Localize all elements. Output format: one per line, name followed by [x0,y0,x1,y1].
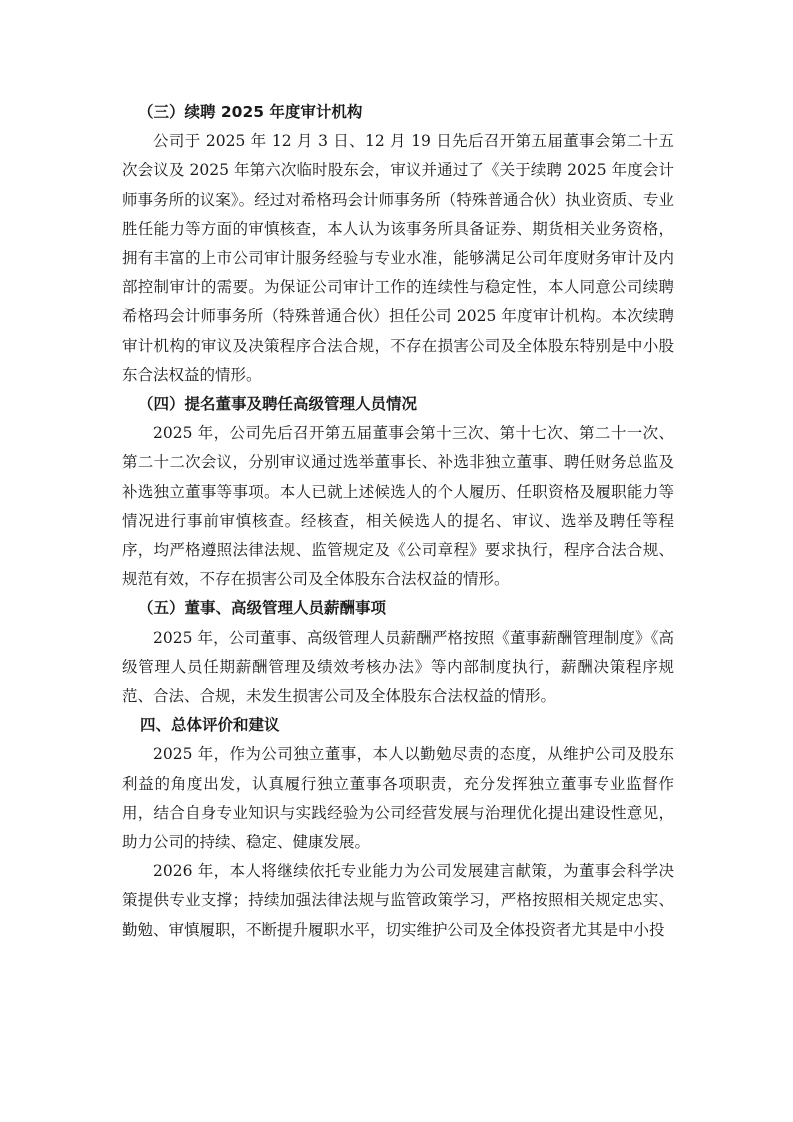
section-overall-evaluation: 四、总体评价和建议 2025 年，作为公司独立董事，本人以勤勉尽责的态度，从维护… [122,711,674,945]
document-page: （三）续聘 2025 年度审计机构 公司于 2025 年 12 月 3 日、12… [122,98,674,945]
section-heading: （五）董事、高级管理人员薪酬事项 [122,594,674,623]
paragraph: 2025 年，作为公司独立董事，本人以勤勉尽责的态度，从维护公司及股东利益的角度… [122,740,674,857]
section-renew-auditor: （三）续聘 2025 年度审计机构 公司于 2025 年 12 月 3 日、12… [122,98,674,390]
paragraph: 2025 年，公司董事、高级管理人员薪酬严格按照《董事薪酬管理制度》《高级管理人… [122,624,674,712]
section-heading: 四、总体评价和建议 [122,711,674,740]
paragraph: 2025 年，公司先后召开第五届董事会第十三次、第十七次、第二十一次、第二十二次… [122,419,674,594]
section-compensation: （五）董事、高级管理人员薪酬事项 2025 年，公司董事、高级管理人员薪酬严格按… [122,594,674,711]
paragraph: 公司于 2025 年 12 月 3 日、12 月 19 日先后召开第五届董事会第… [122,127,674,390]
section-director-nomination: （四）提名董事及聘任高级管理人员情况 2025 年，公司先后召开第五届董事会第十… [122,390,674,594]
paragraph: 2026 年，本人将继续依托专业能力为公司发展建言献策，为董事会科学决策提供专业… [122,857,674,945]
section-heading: （四）提名董事及聘任高级管理人员情况 [122,390,674,419]
section-heading: （三）续聘 2025 年度审计机构 [122,98,674,127]
